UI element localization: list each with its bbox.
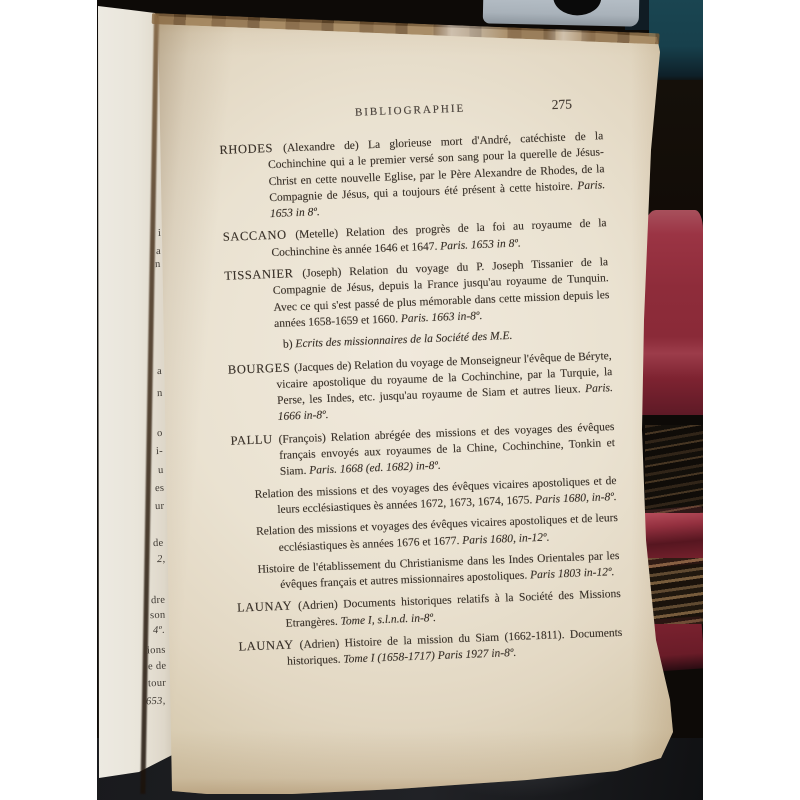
left-page-fragment: son xyxy=(149,610,165,622)
red-bucket xyxy=(640,210,703,415)
entry-citation: Paris. 1653 in 8º. xyxy=(440,237,521,252)
gray-plastic-object xyxy=(483,0,640,27)
left-page-fragment: i xyxy=(158,228,162,239)
gray-object-hole xyxy=(553,0,602,16)
left-page-fragment: e de xyxy=(147,661,166,673)
entry-author: LAUNAY xyxy=(238,637,300,653)
bibliography-entries: RHODES (Alexandre de) La glorieuse mort … xyxy=(219,127,623,672)
page-number: 275 xyxy=(551,96,572,113)
background-shadow xyxy=(649,80,703,215)
entry-qualifier: (Adrien) xyxy=(298,599,344,613)
bibliography-entry: TISSANIER (Joseph) Relation du voyage du… xyxy=(224,253,610,334)
entry-qualifier: (François) xyxy=(278,432,331,446)
entry-qualifier: (Adrien) xyxy=(299,638,345,652)
stacked-books-upper xyxy=(645,425,703,513)
left-page-fragment: 2, xyxy=(156,554,165,565)
entry-qualifier: (Metelle) xyxy=(295,228,346,242)
left-page-fragment: ur xyxy=(154,501,164,512)
left-page-fragment: 4º. xyxy=(153,625,165,636)
entry-qualifier: (Joseph) xyxy=(302,266,349,280)
entry-body: Relation des missions et voyages des évê… xyxy=(256,512,618,553)
page-content: BIBLIOGRAPHIE 275 RHODES (Alexandre de) … xyxy=(218,97,623,677)
left-page-fragment: a xyxy=(156,246,161,257)
left-page-fragment: n xyxy=(155,259,161,270)
entry-citation: Paris 1803 in-12º. xyxy=(530,566,615,581)
left-page-fragment: a xyxy=(157,366,162,377)
left-page-fragment: u xyxy=(158,465,164,476)
entry-citation: Paris. 1663 in-8º. xyxy=(401,310,483,325)
left-page-fragment: tour xyxy=(148,678,166,690)
entry-citation: Paris 1680, in-12º. xyxy=(462,531,550,546)
photo-canvas: iananoi-uesurde2,dreson4º.ionse detour65… xyxy=(0,0,800,800)
bibliography-entry: RHODES (Alexandre de) La glorieuse mort … xyxy=(219,127,606,224)
entry-citation: Tome I (1658-1717) Paris 1927 in-8º. xyxy=(343,647,516,666)
left-page-fragment: dre xyxy=(150,595,165,606)
left-page-fragment: es xyxy=(154,483,164,494)
entry-citation: Paris. 1668 (ed. 1682) in-8º. xyxy=(309,460,441,477)
left-page-fragment: i- xyxy=(156,446,163,457)
entry-author: BOURGES xyxy=(228,360,295,377)
bibliography-entry: PALLU (François) Relation abrégée des mi… xyxy=(230,418,616,483)
entry-author: SACCANO xyxy=(223,228,296,245)
left-page-fragment: n xyxy=(157,388,163,399)
left-page-fragment: 653, xyxy=(146,696,166,708)
left-page-fragment: de xyxy=(153,538,164,549)
section-prefix: b) xyxy=(283,338,296,350)
entry-author: RHODES xyxy=(219,141,283,157)
book-photo: iananoi-uesurde2,dreson4º.ionse detour65… xyxy=(97,0,703,800)
entry-citation: Paris 1680, in-8º. xyxy=(535,491,617,506)
entry-qualifier: (Jacques de) xyxy=(294,360,354,374)
entry-qualifier: (Alexandre de) xyxy=(283,139,368,154)
entry-author: TISSANIER xyxy=(224,266,303,283)
entry-citation: Tome I, s.l.n.d. in-8º. xyxy=(340,612,436,628)
entry-author: LAUNAY xyxy=(237,599,299,615)
left-page-fragment: o xyxy=(157,428,163,439)
section-text: Ecrits des missionnaires de la Société d… xyxy=(295,330,512,350)
bibliography-entry: BOURGES (Jacques de) Relation du voyage … xyxy=(228,347,614,428)
entry-author: PALLU xyxy=(230,432,278,448)
entry-body: Relation du voyage de Monseigneur l'évêq… xyxy=(276,350,612,407)
left-page-fragment: ions xyxy=(147,645,166,657)
